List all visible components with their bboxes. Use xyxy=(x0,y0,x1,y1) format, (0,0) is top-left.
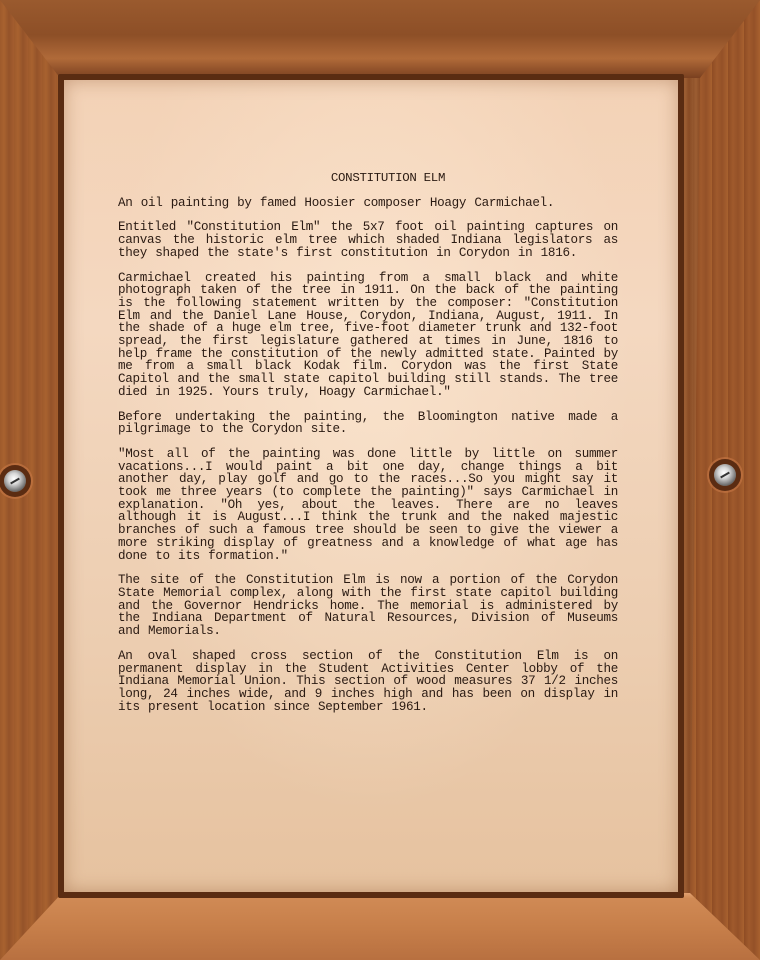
paragraph-cross-section: An oval shaped cross section of the Cons… xyxy=(118,650,618,714)
paragraph-pilgrimage: Before undertaking the painting, the Blo… xyxy=(118,411,618,436)
frame-top-rail xyxy=(0,0,760,78)
document-title: CONSTITUTION ELM xyxy=(118,172,618,185)
paragraph-entitled: Entitled "Constitution Elm" the 5x7 foot… xyxy=(118,221,618,259)
typed-document: CONSTITUTION ELM An oil painting by fame… xyxy=(118,172,618,725)
paragraph-memorial-site: The site of the Constitution Elm is now … xyxy=(118,574,618,638)
screw-icon xyxy=(4,470,26,492)
frame-bottom-rail xyxy=(0,893,760,960)
screw-icon xyxy=(714,464,736,486)
paragraph-intro: An oil painting by famed Hoosier compose… xyxy=(118,197,618,210)
paragraph-carmichael-quote: "Most all of the painting was done littl… xyxy=(118,448,618,562)
paragraph-photograph-statement: Carmichael created his painting from a s… xyxy=(118,272,618,399)
